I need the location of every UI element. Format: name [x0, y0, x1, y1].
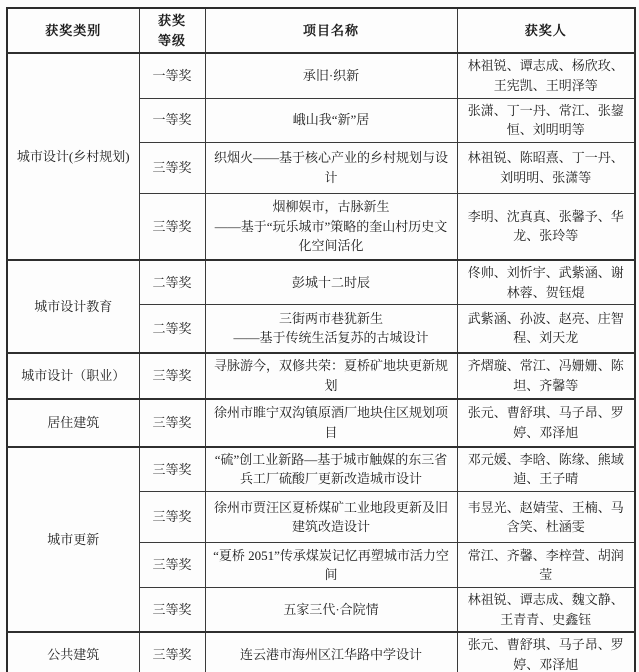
table-row: 城市设计(乡村规划) 一等奖 承旧·织新 林祖锐、谭志成、杨欣玫、王宪凯、王明泽… [7, 53, 635, 98]
project-cell: 五家三代·合院情 [205, 588, 457, 633]
level-cell: 三等奖 [139, 142, 205, 193]
project-cell: 徐州市贾汪区夏桥煤矿工业地段更新及旧建筑改造设计 [205, 492, 457, 543]
recipients-cell: 林祖锐、谭志成、魏文静、王青青、史鑫钰 [457, 588, 635, 633]
recipients-cell: 李明、沈真真、张馨予、华龙、张玲等 [457, 193, 635, 260]
project-cell: 烟柳娱市，古脉新生 ——基于“玩乐城市”策略的奎山村历史文化空间活化 [205, 193, 457, 260]
level-cell: 三等奖 [139, 447, 205, 492]
category-cell: 居住建筑 [7, 399, 139, 447]
page: 获奖类别 获奖 等级 项目名称 获奖人 城市设计(乡村规划) 一等奖 承旧·织新… [0, 0, 639, 672]
table-row: 城市更新 三等奖 “硫”创工业新路—基于城市触媒的东三省兵工厂硫酸厂更新改造城市… [7, 447, 635, 492]
project-cell: 彭城十二时辰 [205, 260, 457, 305]
header-project: 项目名称 [205, 8, 457, 53]
table-row: 城市设计教育 二等奖 彭城十二时辰 佟帅、刘忻宇、武紫涵、谢林蓉、贺钰焜 [7, 260, 635, 305]
level-cell: 三等奖 [139, 193, 205, 260]
recipients-cell: 林祖锐、谭志成、杨欣玫、王宪凯、王明泽等 [457, 53, 635, 98]
level-cell: 三等奖 [139, 353, 205, 399]
recipients-cell: 林祖锐、陈昭熹、丁一丹、刘明明、张潇等 [457, 142, 635, 193]
recipients-cell: 韦昱光、赵婧莹、王楠、马含笑、杜涵雯 [457, 492, 635, 543]
recipients-cell: 张潇、丁一丹、常江、张鋆恒、刘明明等 [457, 98, 635, 142]
table-row: 居住建筑 三等奖 徐州市睢宁双沟镇原酒厂地块住区规划项目 张元、曹舒琪、马子昂、… [7, 399, 635, 447]
category-cell: 城市设计(乡村规划) [7, 53, 139, 260]
project-cell: 峨山我“新”居 [205, 98, 457, 142]
header-level: 获奖 等级 [139, 8, 205, 53]
awards-table: 获奖类别 获奖 等级 项目名称 获奖人 城市设计(乡村规划) 一等奖 承旧·织新… [6, 7, 636, 672]
level-cell: 一等奖 [139, 53, 205, 98]
project-cell: “夏桥 2051”传承煤炭记忆再塑城市活力空间 [205, 543, 457, 588]
project-cell: 承旧·织新 [205, 53, 457, 98]
project-cell: “硫”创工业新路—基于城市触媒的东三省兵工厂硫酸厂更新改造城市设计 [205, 447, 457, 492]
level-cell: 三等奖 [139, 543, 205, 588]
recipients-cell: 张元、曹舒琪、马子昂、罗婷、邓泽旭 [457, 632, 635, 672]
category-cell: 城市更新 [7, 447, 139, 633]
level-cell: 一等奖 [139, 98, 205, 142]
level-cell: 三等奖 [139, 588, 205, 633]
category-cell: 城市设计教育 [7, 260, 139, 353]
project-cell: 徐州市睢宁双沟镇原酒厂地块住区规划项目 [205, 399, 457, 447]
header-recipients: 获奖人 [457, 8, 635, 53]
category-cell: 公共建筑 [7, 632, 139, 672]
project-cell: 三街两市巷犹新生 ——基于传统生活复苏的古城设计 [205, 305, 457, 353]
project-cell: 连云港市海州区江华路中学设计 [205, 632, 457, 672]
level-cell: 三等奖 [139, 492, 205, 543]
recipients-cell: 张元、曹舒琪、马子昂、罗婷、邓泽旭 [457, 399, 635, 447]
level-cell: 三等奖 [139, 399, 205, 447]
project-cell: 寻脉游今，双修共荣：夏桥矿地块更新规划 [205, 353, 457, 399]
recipients-cell: 常江、齐馨、李梓萱、胡润莹 [457, 543, 635, 588]
recipients-cell: 武紫涵、孙波、赵亮、庄智程、刘天龙 [457, 305, 635, 353]
level-cell: 三等奖 [139, 632, 205, 672]
header-category: 获奖类别 [7, 8, 139, 53]
recipients-cell: 佟帅、刘忻宇、武紫涵、谢林蓉、贺钰焜 [457, 260, 635, 305]
table-row: 城市设计（职业） 三等奖 寻脉游今，双修共荣：夏桥矿地块更新规划 齐熠璇、常江、… [7, 353, 635, 399]
recipients-cell: 邓元媛、李晗、陈缘、熊域逌、王子晴 [457, 447, 635, 492]
table-row: 公共建筑 三等奖 连云港市海州区江华路中学设计 张元、曹舒琪、马子昂、罗婷、邓泽… [7, 632, 635, 672]
level-cell: 二等奖 [139, 305, 205, 353]
project-cell: 织烟火——基于核心产业的乡村规划与设计 [205, 142, 457, 193]
recipients-cell: 齐熠璇、常江、冯姗姗、陈坦、齐馨等 [457, 353, 635, 399]
level-cell: 二等奖 [139, 260, 205, 305]
category-cell: 城市设计（职业） [7, 353, 139, 399]
header-row: 获奖类别 获奖 等级 项目名称 获奖人 [7, 8, 635, 53]
